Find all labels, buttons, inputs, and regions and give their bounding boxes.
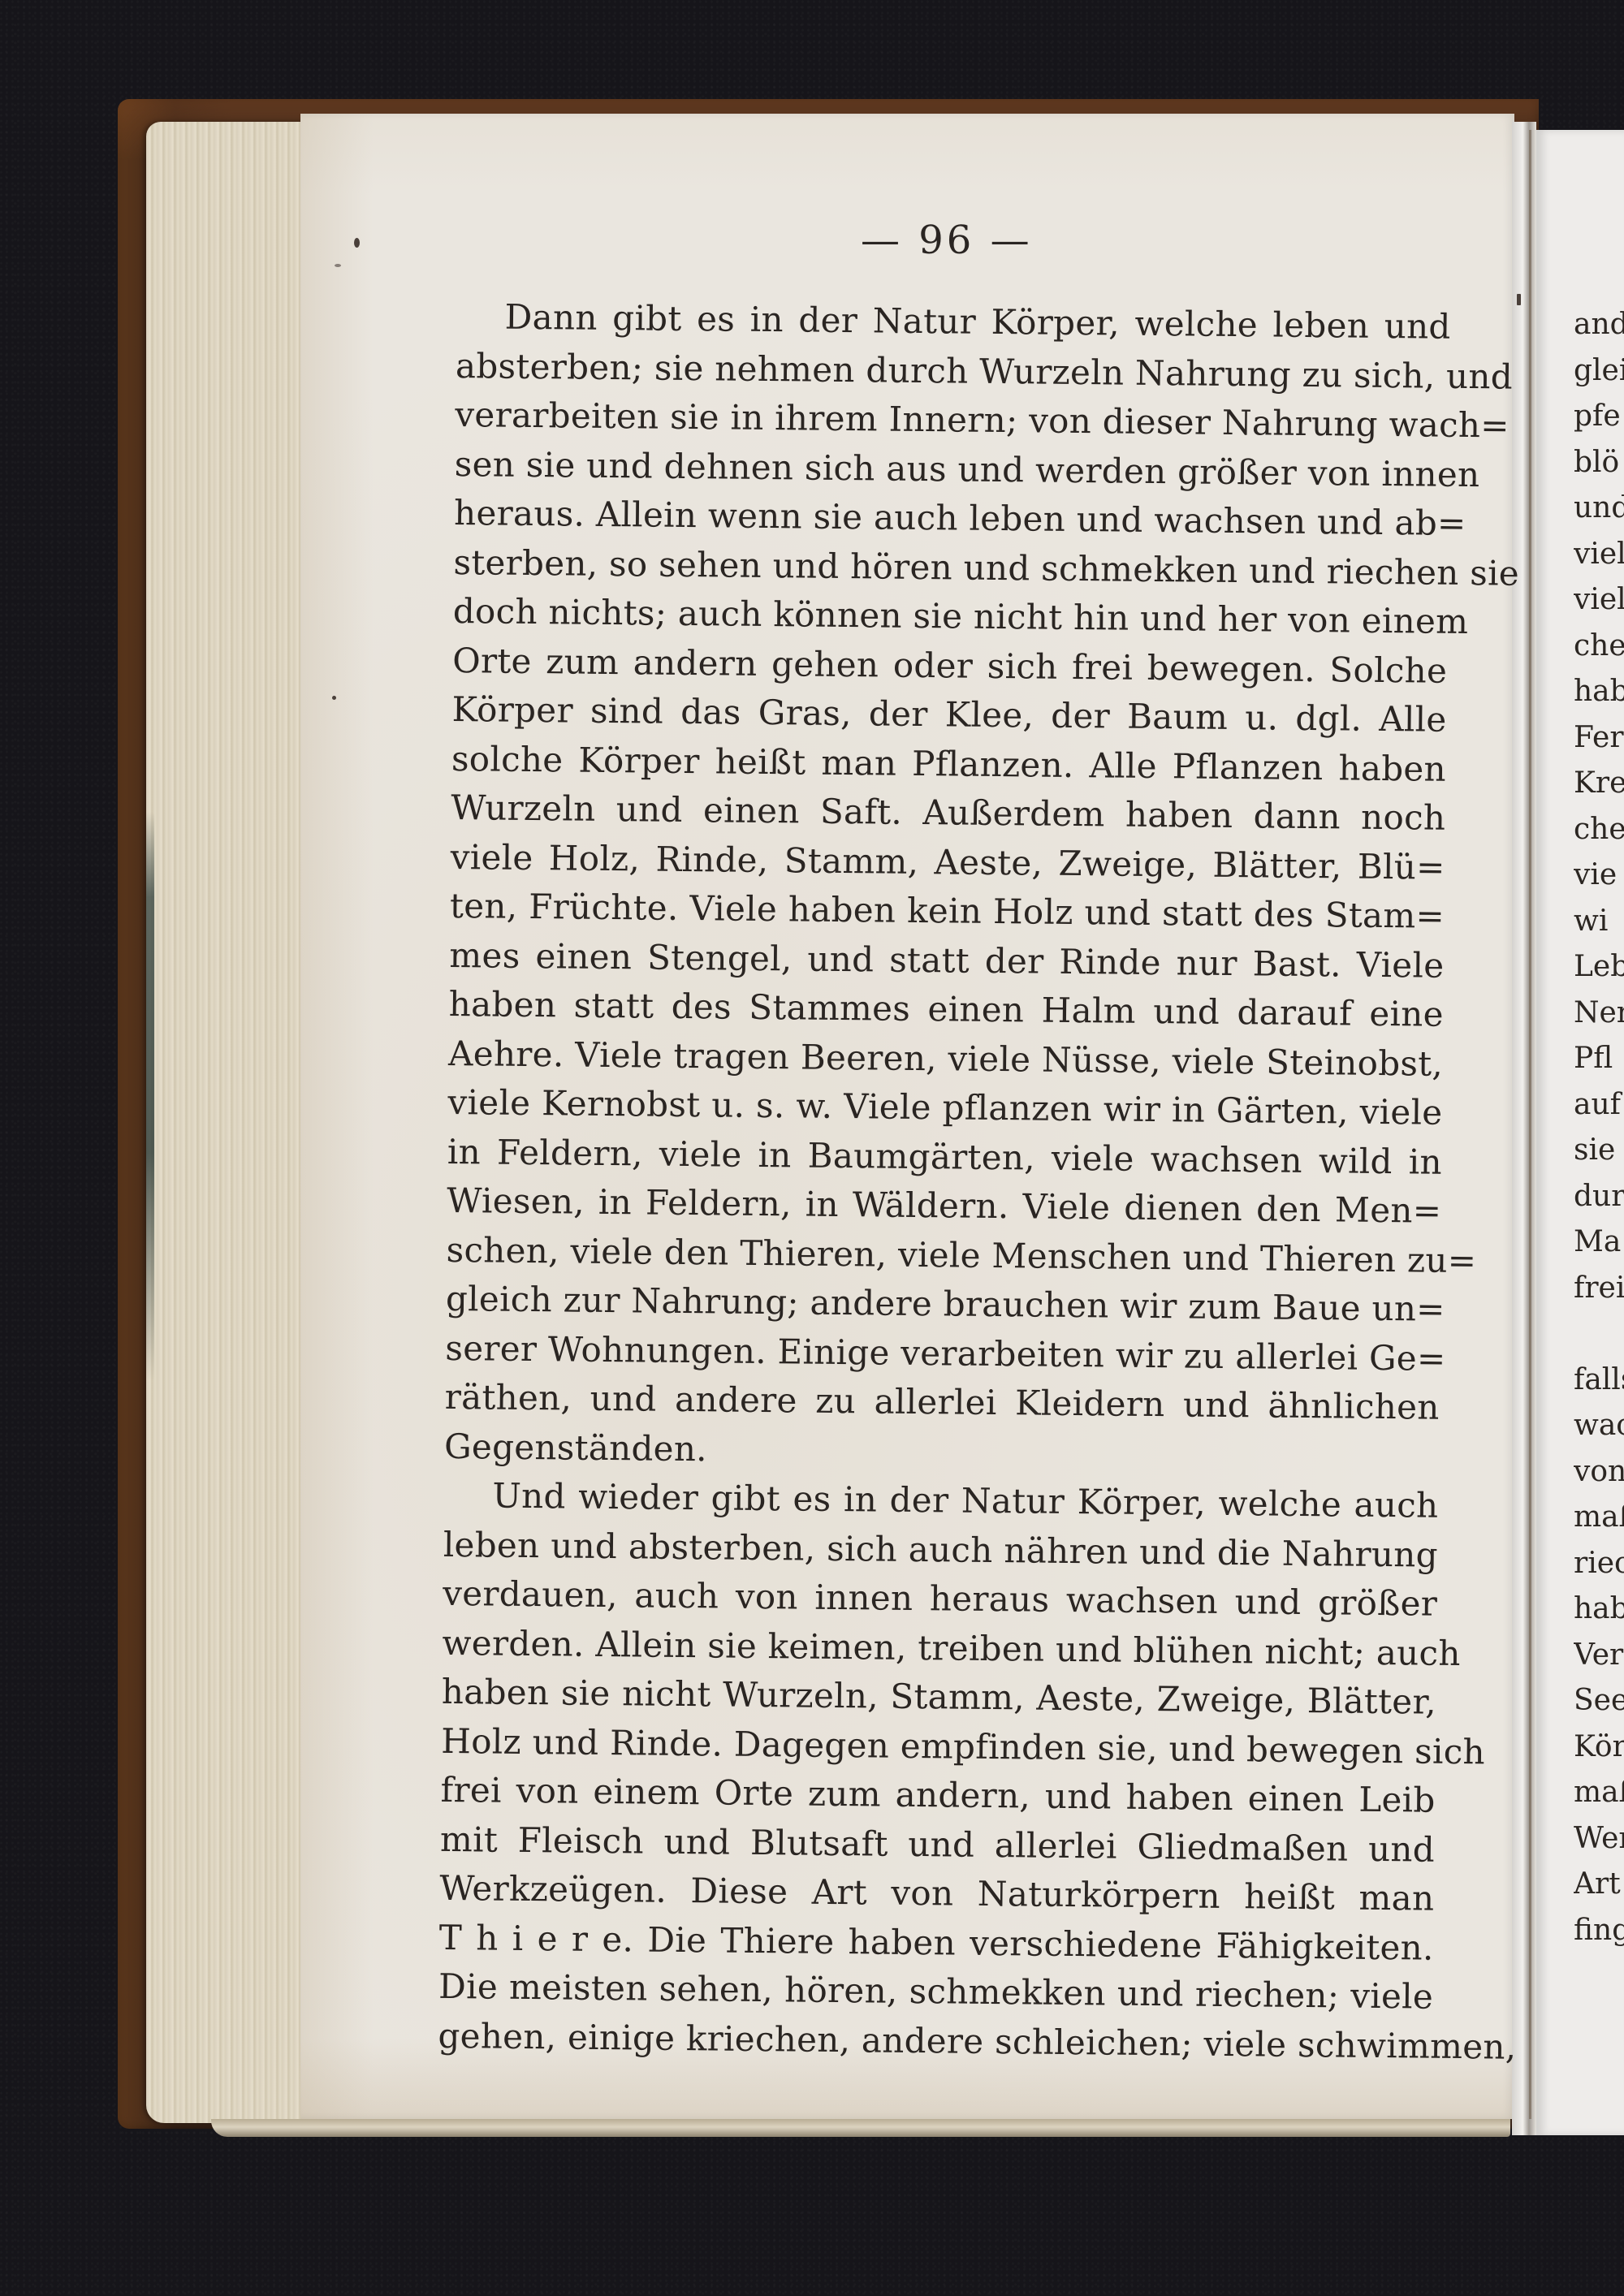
fragment-line: Fer bbox=[1574, 715, 1624, 762]
stain-strip bbox=[146, 812, 154, 1380]
page-number: — 96 — bbox=[861, 218, 1033, 263]
book-gutter bbox=[1512, 122, 1536, 2135]
fragment-line: glei bbox=[1574, 348, 1624, 395]
text-line: gehen, einige kriechen, andere schleiche… bbox=[438, 2011, 1433, 2070]
gutter-line bbox=[1529, 130, 1531, 2119]
page-block-fore-edge bbox=[146, 122, 325, 2123]
fragment-line: pfe bbox=[1574, 394, 1624, 440]
page-body-text: Dann gibt es in der Natur Körper, welche… bbox=[438, 292, 1451, 2071]
next-page-text-fragments: and glei pfe blö und viel viel chel hab … bbox=[1574, 302, 1624, 1953]
fragment-line: habe bbox=[1574, 1586, 1624, 1633]
ink-speck bbox=[1517, 294, 1521, 305]
fragment-line: See bbox=[1574, 1678, 1624, 1724]
fragment-line: frei bbox=[1574, 1266, 1624, 1312]
fragment-line: blö bbox=[1574, 440, 1624, 486]
fragment-line: ​ bbox=[1574, 1311, 1624, 1357]
fragment-line: sie bbox=[1574, 1128, 1624, 1174]
ink-speck bbox=[332, 696, 336, 700]
fragment-line: che bbox=[1574, 807, 1624, 853]
fragment-line: dur bbox=[1574, 1174, 1624, 1220]
fragment-line: Ver bbox=[1574, 1633, 1624, 1679]
fragment-line: auf bbox=[1574, 1082, 1624, 1129]
fragment-line: viel bbox=[1574, 532, 1624, 578]
fragment-line: von bbox=[1574, 1449, 1624, 1495]
fragment-line: Kre bbox=[1574, 761, 1624, 807]
fragment-line: und bbox=[1574, 486, 1624, 532]
fragment-line: Kör bbox=[1574, 1724, 1624, 1771]
fragment-line: maße bbox=[1574, 1495, 1624, 1541]
fragment-line: finge bbox=[1574, 1908, 1624, 1954]
ink-speck bbox=[335, 264, 341, 267]
fragment-line: Leb bbox=[1574, 944, 1624, 990]
fragment-line: hab bbox=[1574, 669, 1624, 715]
fragment-line: wach bbox=[1574, 1403, 1624, 1449]
fragment-line: Art bbox=[1574, 1862, 1624, 1908]
fragment-line: Ma bbox=[1574, 1219, 1624, 1266]
fragment-line: Wer bbox=[1574, 1816, 1624, 1862]
fragment-line: viel bbox=[1574, 577, 1624, 624]
fragment-line: Ner bbox=[1574, 990, 1624, 1037]
fragment-line: falls bbox=[1574, 1357, 1624, 1404]
paragraph-1: Dann gibt es in der Natur Körper, welche… bbox=[444, 292, 1451, 1482]
paragraph-2: Und wieder gibt es in der Natur Körper, … bbox=[438, 1471, 1439, 2071]
fragment-line: wi bbox=[1574, 899, 1624, 945]
fragment-line: maß bbox=[1574, 1770, 1624, 1816]
fragment-line: and bbox=[1574, 302, 1624, 348]
fragment-line: vie bbox=[1574, 852, 1624, 899]
fragment-line: chel bbox=[1574, 624, 1624, 670]
fragment-line: Pfl bbox=[1574, 1036, 1624, 1082]
ink-speck bbox=[354, 238, 360, 248]
page-bottom-edge bbox=[211, 2119, 1510, 2137]
fragment-line: rieche bbox=[1574, 1541, 1624, 1587]
